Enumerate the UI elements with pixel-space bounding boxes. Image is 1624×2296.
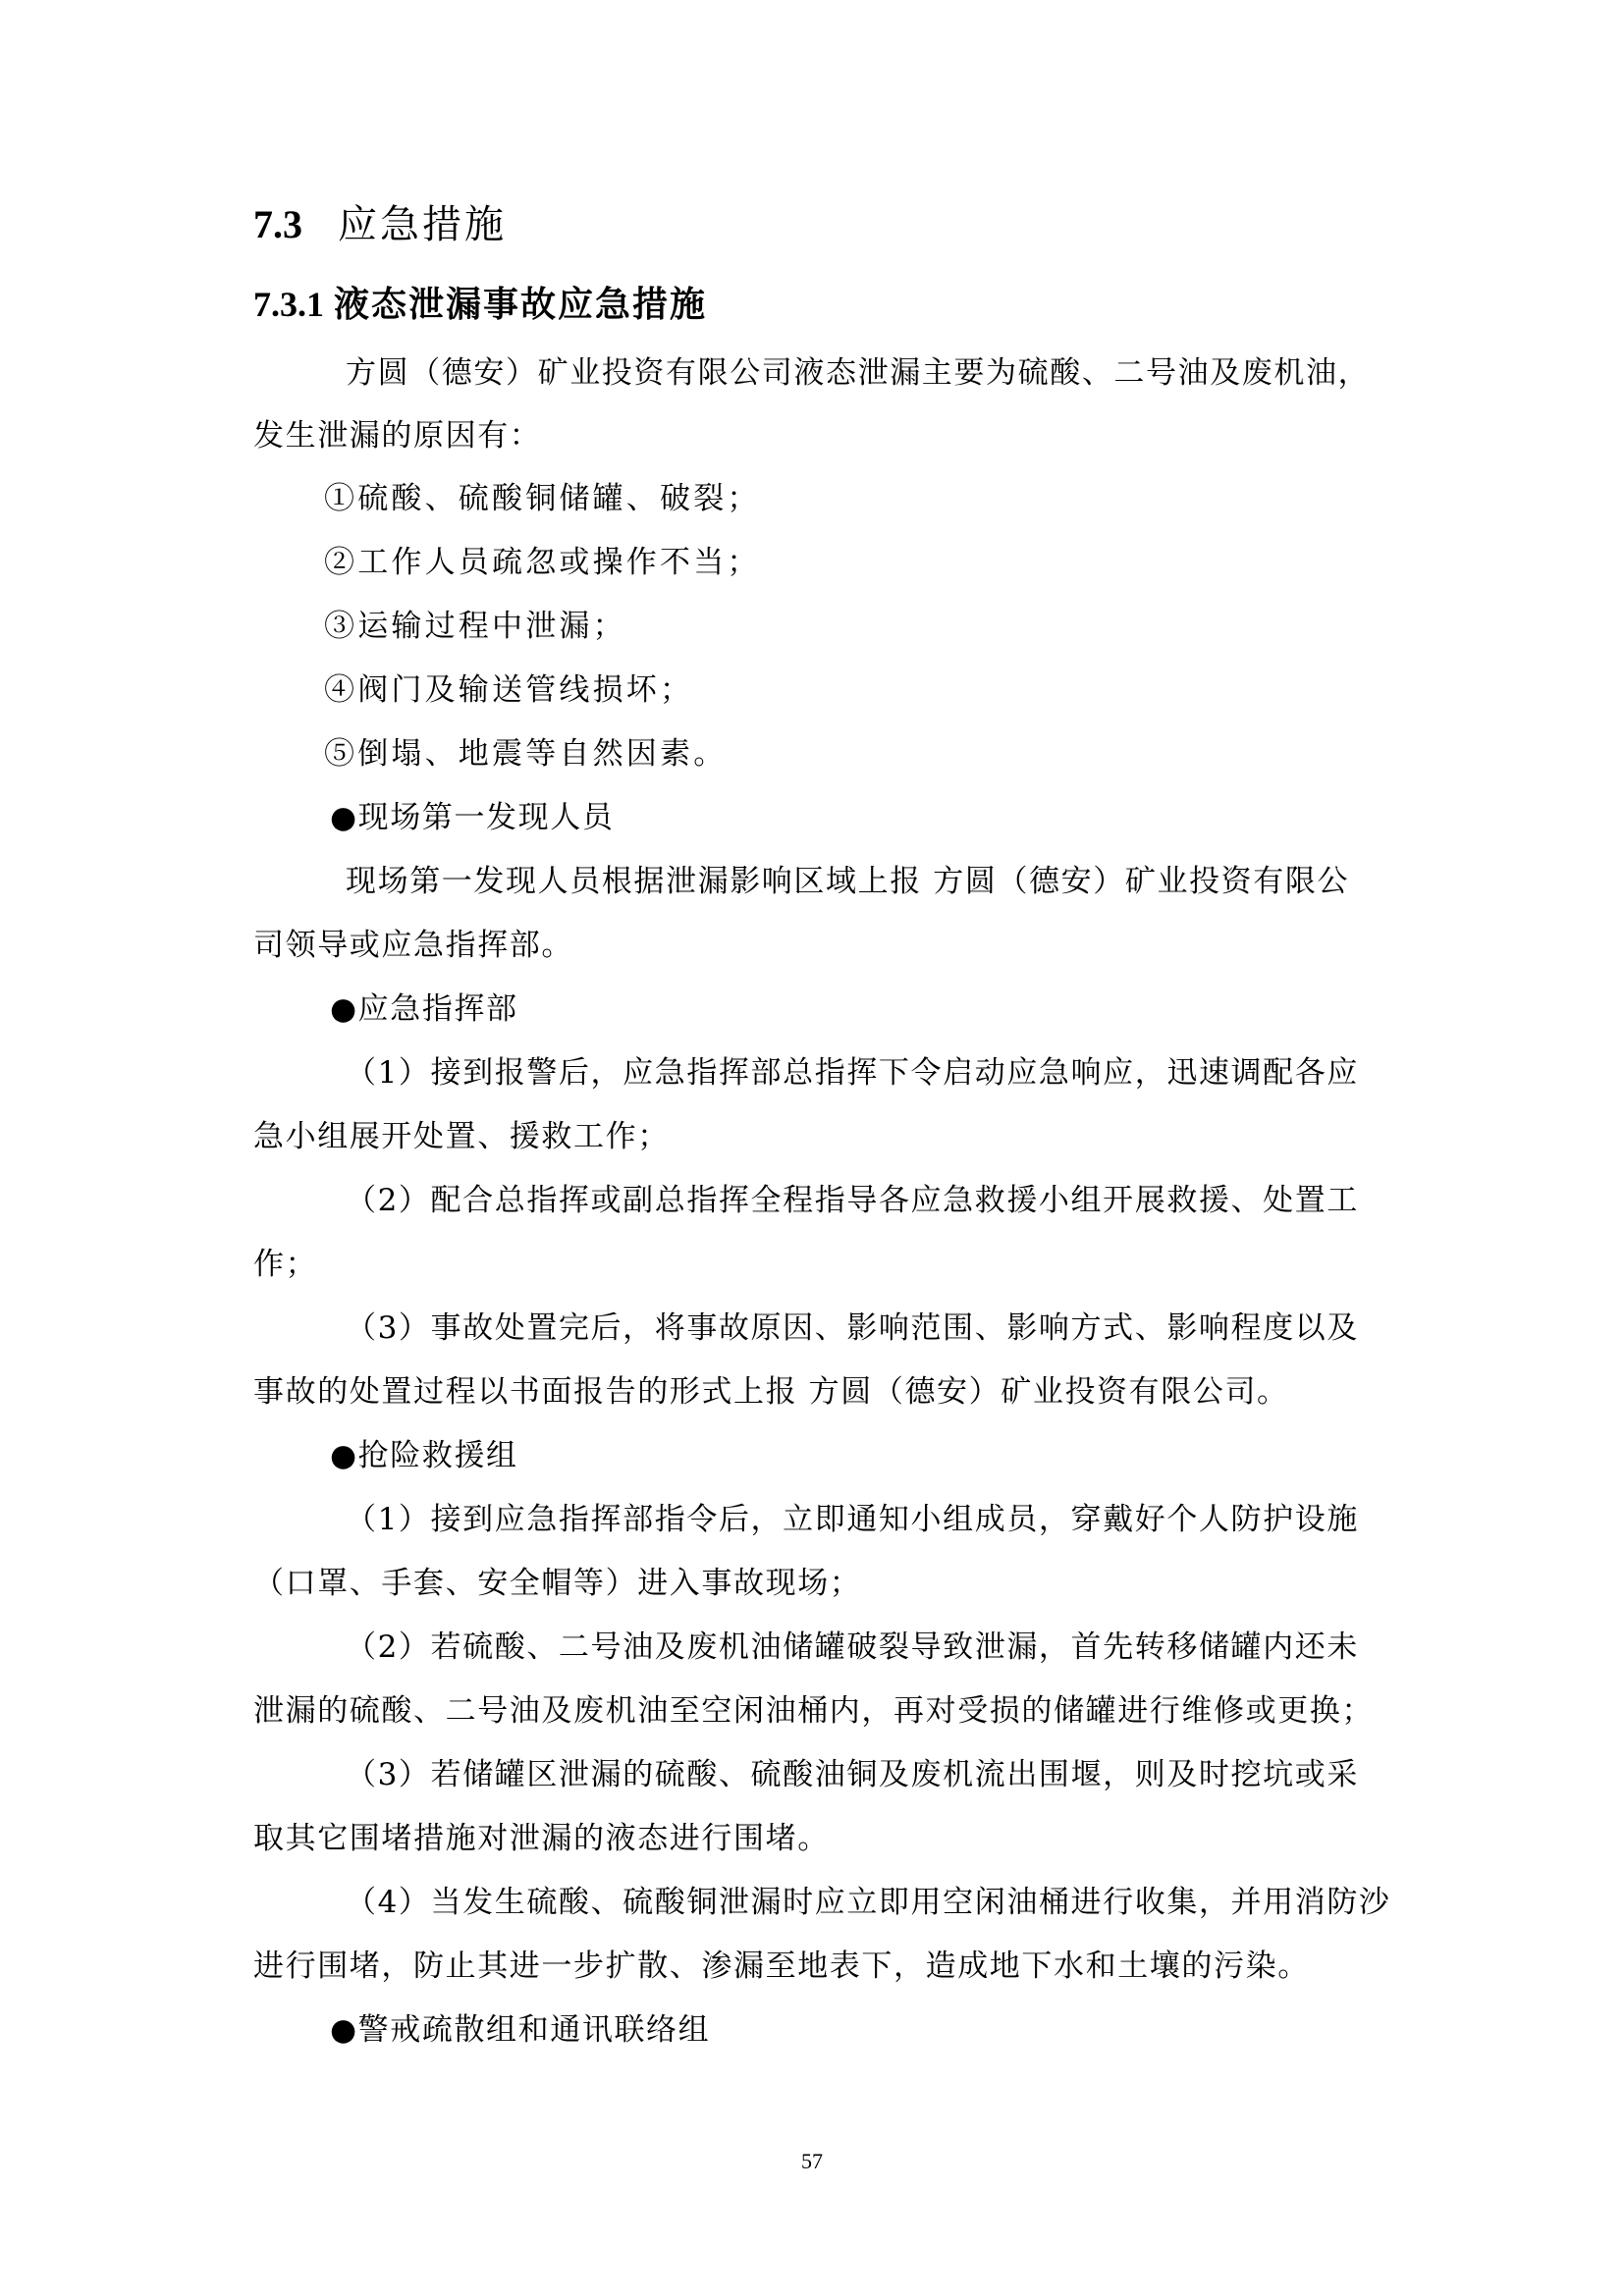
paragraph-line: （3）事故处置完后，将事故原因、影响范围、影响方式、影响程度以及 <box>346 1308 1359 1348</box>
paragraph-line: 进行围堵，防止其进一步扩散、渗漏至地表下，造成地下水和土壤的污染。 <box>253 1947 1310 1986</box>
section-title: 应急措施 <box>338 202 507 247</box>
paragraph-line: （3）若储罐区泄漏的硫酸、硫酸油铜及废机流出围堰，则及时挖坑或采 <box>346 1755 1359 1794</box>
paragraph-line: 司领导或应急指挥部。 <box>253 926 573 965</box>
section-heading: 7.3应急措施 <box>253 201 507 248</box>
paragraph-line: 泄漏的硫酸、二号油及废机油至空闲油桶内，再对受损的储罐进行维修或更换； <box>253 1691 1374 1731</box>
cause-item: ①硫酸、硫酸铜储罐、破裂； <box>324 479 761 518</box>
paragraph-line: （2）若硫酸、二号油及废机油储罐破裂导致泄漏，首先转移储罐内还未 <box>346 1628 1359 1667</box>
intro-line-2: 发生泄漏的原因有： <box>253 416 541 455</box>
command-heading: ●应急指挥部 <box>330 989 518 1029</box>
paragraph-line: （1）接到应急指挥部指令后，立即通知小组成员，穿戴好个人防护设施 <box>346 1500 1359 1539</box>
paragraph-line: 急小组展开处置、援救工作； <box>253 1117 670 1156</box>
rescue-heading: ●抢险救援组 <box>330 1436 518 1475</box>
subsection-heading: 7.3.1液态泄漏事故应急措施 <box>253 283 707 327</box>
evacuation-heading: ●警戒疏散组和通讯联络组 <box>330 2010 710 2050</box>
paragraph-line: 取其它围堵措施对泄漏的液态进行围堵。 <box>253 1819 830 1858</box>
cause-item: ②工作人员疏忽或操作不当； <box>324 543 761 582</box>
paragraph-line: （2）配合总指挥或副总指挥全程指导各应急救援小组开展救援、处置工 <box>346 1181 1359 1220</box>
subsection-title: 液态泄漏事故应急措施 <box>334 285 707 325</box>
section-number: 7.3 <box>253 202 302 246</box>
page-number: 57 <box>0 2148 1624 2175</box>
intro-line-1: 方圆（德安）矿业投资有限公司液态泄漏主要为硫酸、二号油及废机油， <box>346 353 1370 393</box>
cause-item: ③运输过程中泄漏； <box>324 607 626 646</box>
first-discoverer-heading: ●现场第一发现人员 <box>330 798 614 837</box>
paragraph-line: 事故的处置过程以书面报告的形式上报 方圆（德安）矿业投资有限公司。 <box>253 1372 1289 1412</box>
subsection-number: 7.3.1 <box>253 285 324 324</box>
document-page: 7.3应急措施 7.3.1液态泄漏事故应急措施 方圆（德安）矿业投资有限公司液态… <box>0 0 1624 2296</box>
cause-item: ④阀门及输送管线损坏； <box>324 670 693 710</box>
paragraph-line: 作； <box>253 1245 317 1284</box>
paragraph-line: （1）接到报警后，应急指挥部总指挥下令启动应急响应，迅速调配各应 <box>346 1053 1359 1093</box>
paragraph-line: （口罩、手套、安全帽等）进入事故现场； <box>253 1564 861 1603</box>
paragraph-line: 现场第一发现人员根据泄漏影响区域上报 方圆（德安）矿业投资有限公 <box>346 862 1349 901</box>
paragraph-line: （4）当发生硫酸、硫酸铜泄漏时应立即用空闲油桶进行收集，并用消防沙 <box>346 1883 1391 1922</box>
cause-item: ⑤倒塌、地震等自然因素。 <box>324 734 727 774</box>
